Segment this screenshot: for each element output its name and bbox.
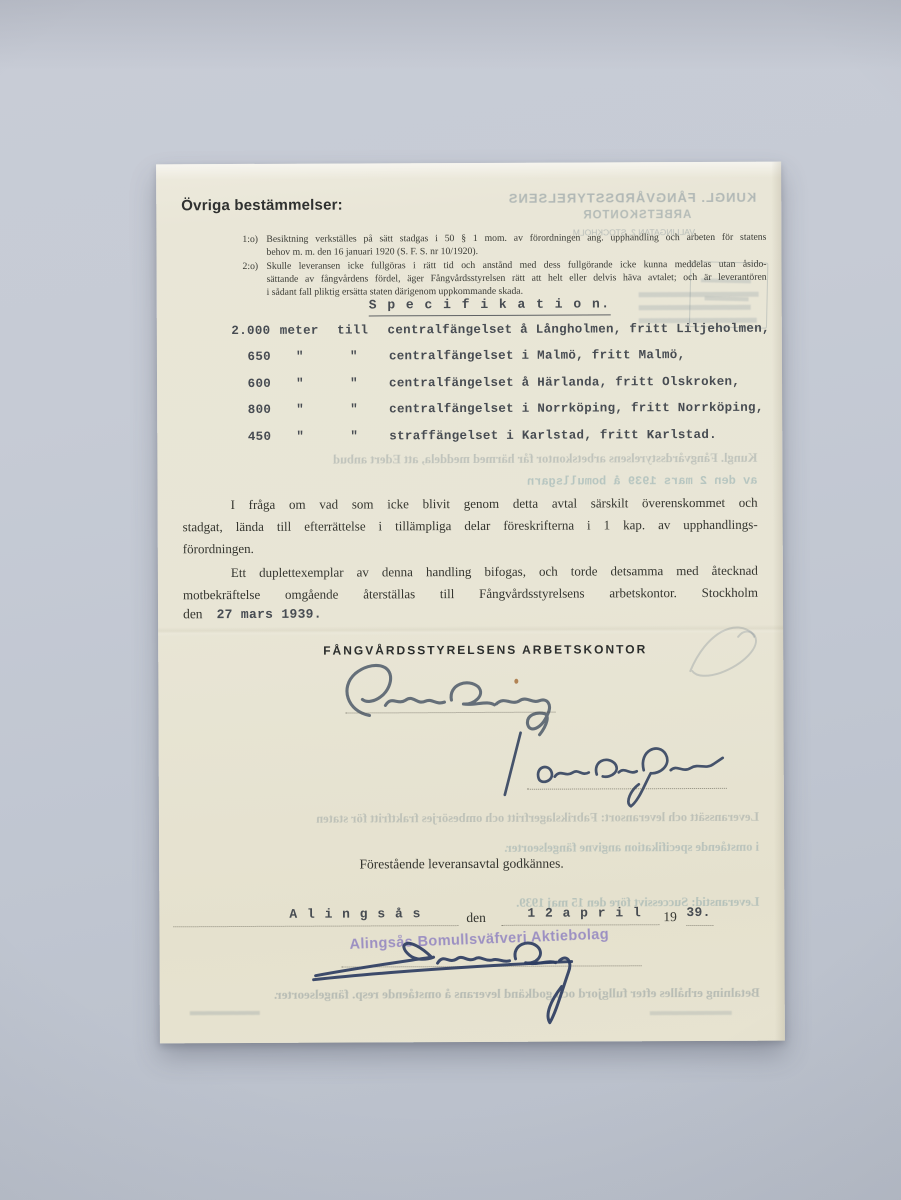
spec-quantity: 650 [225,350,271,377]
spec-quantity: 600 [225,377,271,404]
spec-row: 800 " " centralfängelset i Norrköping, f… [225,401,770,430]
year-line [686,925,713,926]
ghost-letterhead-line1: KUNGL. FÅNGVÅRDSSTYRELSENS [516,190,756,206]
photo-backdrop: KUNGL. FÅNGVÅRDSSTYRELSENS ARBETSKONTOR … [0,0,901,1200]
spec-row: 600 " " centralfängelset å Härlanda, fri… [225,374,770,403]
year-typed: 39. [686,905,710,920]
spec-unit: " [271,376,329,403]
spec-destination: centralfängelset å Långholmen, fritt Lil… [378,322,770,350]
spec-till: " [329,350,379,377]
clause-1-line: behov m. m. den 16 januari 1920 (S. F. S… [266,244,766,259]
dateline-stockholm: den27 mars 1939. [183,606,322,623]
clause-2: 2:o) Skulle leveransen icke fullgöras i … [267,258,767,300]
clause-2-line: sättande av fångvårdens fördel, äger Fån… [267,271,767,286]
paragraph-line: förordningen. [183,536,758,561]
specification-table: 2.000 meter till centralfängelset å Lång… [225,322,771,456]
section-heading: Övriga bestämmelser: [181,197,343,215]
spec-quantity: 800 [225,403,271,430]
pencil-scribble-mark [678,607,773,692]
approval-statement: Förestående leveransavtal godkännes. [159,855,764,874]
spec-row: 2.000 meter till centralfängelset å Lång… [225,322,770,351]
clause-2-number: 2:o) [243,260,259,273]
body-paragraph-2: Ett duplettexemplar av denna handling bi… [183,560,758,607]
spec-till: " [329,376,379,403]
ghost-form-print-right [650,1011,732,1015]
handwritten-signature-2 [481,722,741,833]
wall-shading [0,0,901,70]
paragraph-line: Ett duplettexemplar av denna handling bi… [183,560,758,585]
spec-destination: straffängelset i Karlstad, fritt Karlsta… [379,427,717,455]
spec-unit: " [271,429,329,456]
spec-unit: " [271,350,329,377]
spec-till: " [329,429,379,456]
handwritten-signature-3 [309,916,629,1032]
specification-heading: S p e c i f i k a t i o n. [369,296,611,316]
paragraph-line: stadgat, lända till efterrättelse i till… [183,514,758,539]
spec-destination: centralfängelset i Malmö, fritt Malmö, [379,348,686,376]
spec-till: till [328,323,378,350]
typed-date: 27 mars 1939. [217,607,322,622]
spec-till: " [329,403,379,430]
den-label: den [183,606,203,621]
ghost-delivery-line2: i omstående specifikation angivne fängel… [184,839,877,857]
spec-destination: centralfängelset å Härlanda, fritt Olskr… [379,375,740,403]
spec-quantity: 450 [225,429,271,456]
spec-destination: centralfängelset i Norrköping, fritt Nor… [379,401,764,429]
ghost-form-print-left [190,1011,260,1015]
paragraph-line: I fråga om vad som icke blivit genom det… [183,492,758,517]
year-printed: 19 [663,909,677,925]
ghost-letterhead-line2: ARBETSKONTOR [554,209,719,222]
document-paper: KUNGL. FÅNGVÅRDSSTYRELSENS ARBETSKONTOR … [156,162,785,1044]
body-paragraph-1: I fråga om vad som icke blivit genom det… [183,492,758,561]
spec-unit: meter [270,324,328,351]
clause-1: 1:o) Besiktning verkställes på sätt stad… [266,231,766,260]
spec-quantity: 2.000 [225,324,271,351]
paragraph-line: motbekräftelse omgående återställas till… [183,582,758,607]
clause-1-number: 1:o) [242,233,258,246]
rust-spot [514,679,518,684]
spec-row: 450 " " straffängelset i Karlstad, fritt… [225,427,770,456]
ghost-body-line2: av den 2 mars 1939 å bomullsgarn [182,473,842,490]
clause-1-line: Besiktning verkställes på sätt stadgas i… [266,231,766,246]
spec-row: 650 " " centralfängelset i Malmö, fritt … [225,348,770,377]
spec-unit: " [271,403,329,430]
